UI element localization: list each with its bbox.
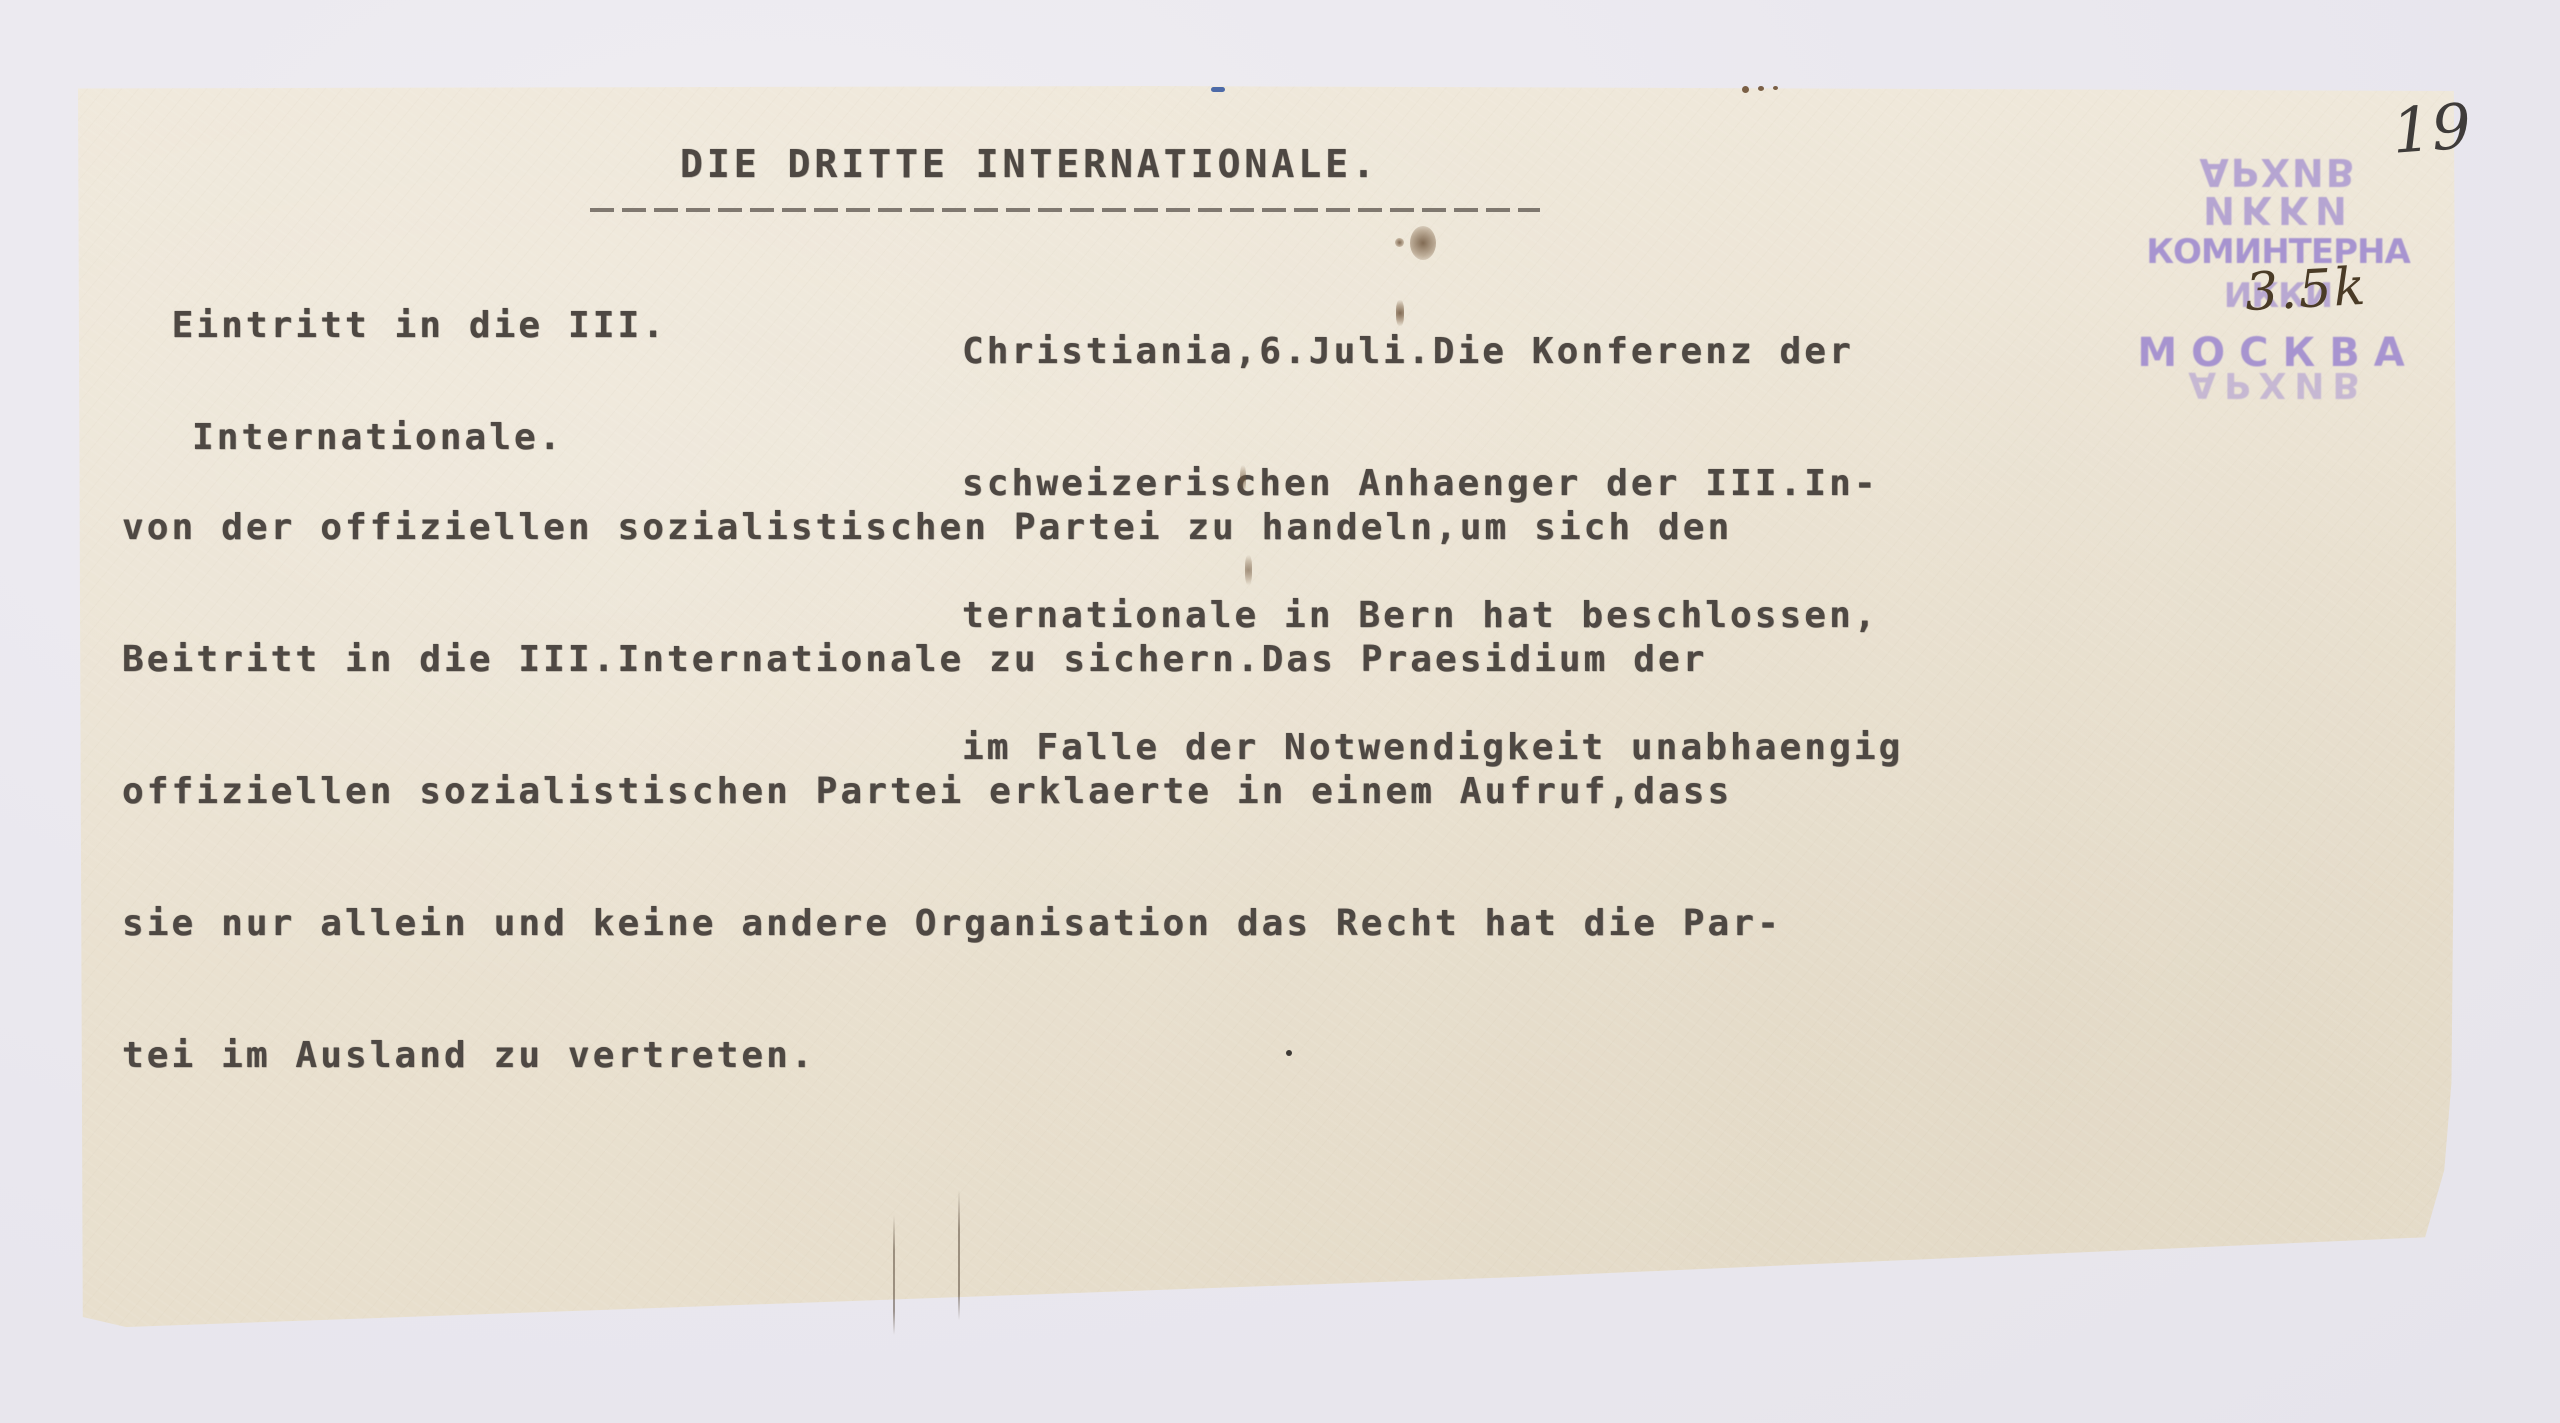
ink-stain (1395, 238, 1404, 247)
ink-stain (1245, 555, 1252, 585)
title-underline (590, 208, 1540, 212)
ink-speck (1211, 87, 1225, 92)
handwritten-archive-number: 3.5k (2244, 257, 2369, 323)
body-line: offiziellen sozialistischen Partei erkla… (122, 770, 1782, 814)
ink-stain (1396, 300, 1404, 326)
body-line: Christiania,6.Juli.Die Konferenz der (962, 330, 1903, 374)
ink-speck (1758, 86, 1764, 91)
body-text-full-width: von der offiziellen sozialistischen Part… (122, 418, 1782, 1122)
ink-speck (1742, 86, 1749, 93)
ink-speck (1286, 1050, 1292, 1056)
ink-stain (1410, 226, 1436, 260)
handwritten-page-number: 19 (2390, 89, 2474, 167)
stamp-line: ИККИ (2118, 188, 2438, 232)
document-title: DIE DRITTE INTERNATIONALE. (680, 142, 1379, 186)
paper-crease (893, 1215, 895, 1335)
paper-crease (958, 1190, 960, 1320)
body-line: sie nur allein und keine andere Organisa… (122, 902, 1782, 946)
body-line: Beitritt in die III.Internationale zu si… (122, 638, 1782, 682)
margin-heading-line: Eintritt in die III. (172, 305, 667, 346)
stamp-line: АРХИВ (2118, 364, 2438, 405)
ink-stain (1240, 465, 1246, 493)
ink-speck (1773, 86, 1778, 90)
body-line: tei im Ausland zu vertreten. (122, 1034, 1782, 1078)
body-line: von der offiziellen sozialistischen Part… (122, 506, 1782, 550)
